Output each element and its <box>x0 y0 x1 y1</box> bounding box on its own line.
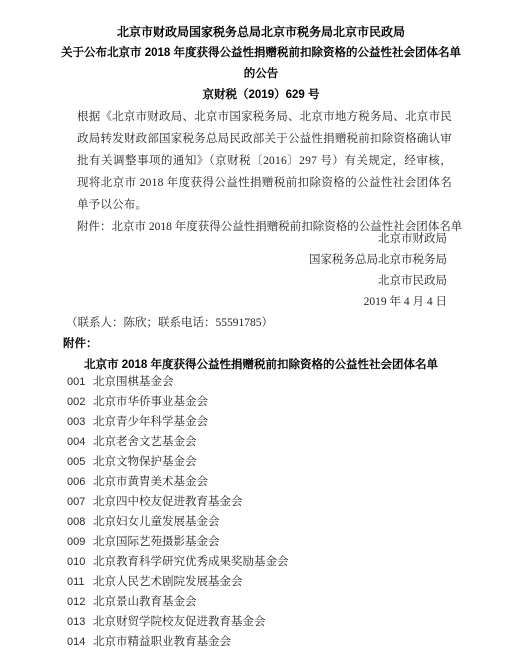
org-item-number: 014 <box>67 632 89 652</box>
org-list-item: 014 北京市精益职业教育基金会 <box>0 632 522 652</box>
org-item-number: 001 <box>67 372 89 392</box>
org-list-item: 006 北京市黄胄美术基金会 <box>0 472 522 492</box>
org-list-item: 004 北京老舍文艺基金会 <box>0 432 522 452</box>
document-subject-line2: 的公告 <box>0 64 522 85</box>
body-paragraph: 根据《北京市财政局、北京市国家税务局、北京市地方税务局、北京市民政局转发财政部国… <box>77 106 452 216</box>
org-item-number: 006 <box>67 472 89 492</box>
org-list-item: 008 北京妇女儿童发展基金会 <box>0 512 522 532</box>
org-item-name: 北京教育科学研究优秀成果奖励基金会 <box>93 552 289 572</box>
org-item-name: 北京市黄胄美术基金会 <box>93 472 208 492</box>
org-list-item: 012 北京景山教育基金会 <box>0 592 522 612</box>
document-subject-line1: 关于公布北京市 2018 年度获得公益性捐赠税前扣除资格的公益性社会团体名单 <box>0 43 522 64</box>
org-list-item: 003 北京青少年科学基金会 <box>0 412 522 432</box>
document-number: 京财税（2019）629 号 <box>0 85 522 106</box>
org-item-number: 012 <box>67 592 89 612</box>
org-list-item: 005 北京文物保护基金会 <box>0 452 522 472</box>
contact-line: （联系人：陈欣；联系电话：55591785） <box>66 313 522 334</box>
org-item-number: 010 <box>67 552 89 572</box>
org-item-number: 011 <box>67 572 89 592</box>
org-list: 001 北京围棋基金会 002 北京市华侨事业基金会 003 北京青少年科学基金… <box>0 372 522 652</box>
org-item-name: 北京景山教育基金会 <box>93 592 197 612</box>
document-heading: 北京市财政局国家税务总局北京市税务局北京市民政局 关于公布北京市 2018 年度… <box>0 22 522 106</box>
org-item-name: 北京老舍文艺基金会 <box>93 432 197 452</box>
org-item-number: 007 <box>67 492 89 512</box>
org-list-item: 011 北京人民艺术剧院发展基金会 <box>0 572 522 592</box>
org-item-number: 008 <box>67 512 89 532</box>
org-item-number: 013 <box>67 612 89 632</box>
org-list-item: 013 北京财贸学院校友促进教育基金会 <box>0 612 522 632</box>
signature-block: 北京市财政局 国家税务总局北京市税务局 北京市民政局 2019 年 4 月 4 … <box>0 229 447 313</box>
signature-agency-civil-affairs: 北京市民政局 <box>0 271 447 292</box>
org-list-item: 002 北京市华侨事业基金会 <box>0 392 522 412</box>
document-body: 根据《北京市财政局、北京市国家税务局、北京市地方税务局、北京市民政局转发财政部国… <box>77 106 452 238</box>
org-item-number: 003 <box>67 412 89 432</box>
org-item-name: 北京财贸学院校友促进教育基金会 <box>93 612 266 632</box>
org-item-number: 009 <box>67 532 89 552</box>
org-item-name: 北京市精益职业教育基金会 <box>93 632 231 652</box>
org-item-name: 北京市华侨事业基金会 <box>93 392 208 412</box>
org-list-item: 009 北京国际艺苑摄影基金会 <box>0 532 522 552</box>
org-item-number: 005 <box>67 452 89 472</box>
org-list-item: 007 北京四中校友促进教育基金会 <box>0 492 522 512</box>
org-list-item: 010 北京教育科学研究优秀成果奖励基金会 <box>0 552 522 572</box>
org-item-name: 北京文物保护基金会 <box>93 452 197 472</box>
org-item-name: 北京四中校友促进教育基金会 <box>93 492 243 512</box>
org-item-number: 004 <box>67 432 89 452</box>
org-item-name: 北京国际艺苑摄影基金会 <box>93 532 220 552</box>
org-item-name: 北京青少年科学基金会 <box>93 412 208 432</box>
signature-date: 2019 年 4 月 4 日 <box>0 292 447 313</box>
org-item-number: 002 <box>67 392 89 412</box>
org-item-name: 北京人民艺术剧院发展基金会 <box>93 572 243 592</box>
document-page: 北京市财政局国家税务总局北京市税务局北京市民政局 关于公布北京市 2018 年度… <box>0 0 522 654</box>
issuing-agencies-title: 北京市财政局国家税务总局北京市税务局北京市民政局 <box>0 22 522 43</box>
org-item-name: 北京围棋基金会 <box>93 372 174 392</box>
signature-agency-tax: 国家税务总局北京市税务局 <box>0 250 447 271</box>
attachment-label: 附件： <box>63 334 522 355</box>
org-item-name: 北京妇女儿童发展基金会 <box>93 512 220 532</box>
